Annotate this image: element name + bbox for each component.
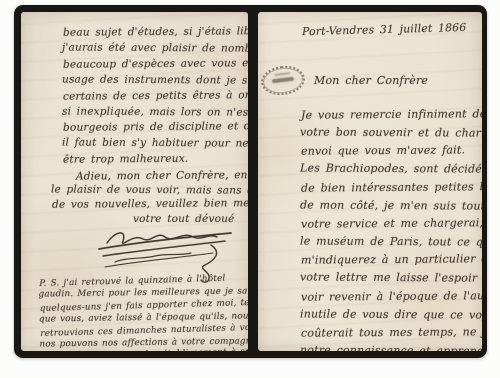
dateline: Port-Vendres 31 juillet 1866 — [302, 21, 467, 38]
handwritten-line: si inexpliquée, mais lors on n'est qu'un — [62, 104, 242, 121]
handwritten-line: être trop malheureux. — [63, 152, 243, 169]
handwritten-line: votre bon souvenir et du charmant — [300, 124, 474, 143]
handwritten-line: Je vous remercie infiniment de — [301, 105, 475, 125]
handwritten-line: Adieu, mon cher Confrère, en attendant — [52, 169, 243, 184]
handwritten-line: le plaisir de vous voir, mais sans de no… — [51, 183, 242, 198]
left-body-paragraph: beau sujet d'études, si j'étais libre, j… — [62, 25, 242, 168]
collection-stamp-icon — [259, 63, 306, 97]
letter-page-right: Port-Vendres 31 juillet 1866 Mon cher Co… — [258, 12, 482, 351]
handwritten-line: beau sujet d'études, si j'étais libre, — [63, 24, 243, 41]
handwritten-line: votre service et me chargerai, soit pour — [301, 214, 475, 234]
scan-backing-frame: beau sujet d'études, si j'étais libre, j… — [14, 5, 487, 358]
handwritten-line: bourgeois pris de discipline et de préca… — [63, 120, 243, 137]
handwritten-line: notre connaissance et apprendre différen… — [300, 341, 474, 351]
stamp-text-smudge — [274, 72, 290, 76]
salutation-line: Mon cher Confrère — [314, 74, 428, 87]
handwritten-line: certains de ces petits êtres à organisat… — [63, 88, 243, 105]
handwritten-line: envoi que vous m'avez fait. — [301, 142, 475, 162]
handwritten-line: Les Brachiopodes, sont décidément — [300, 160, 474, 179]
handwritten-line: de mon côté, je m'en suis tout à — [300, 196, 474, 215]
closing-paragraph: Adieu, mon cher Confrère, en attendant l… — [51, 170, 242, 211]
handwritten-line: coûterait tous mes temps, ne justifiant — [301, 323, 475, 343]
stamp-text-smudge — [272, 77, 294, 83]
scanned-letter-document: { "document": { "type": "handwritten let… — [0, 0, 500, 378]
letter-page-left: beau sujet d'études, si j'étais libre, j… — [21, 12, 248, 351]
handwritten-line: usage des instruments dont je suis privé… — [62, 72, 242, 89]
handwritten-line: de bien intéressantes petites bêtes, — [301, 178, 475, 198]
handwritten-line: il faut bien s'y habituer pour ne pas — [62, 136, 242, 153]
handwritten-line: le muséum de Paris, tout ce que vous — [300, 233, 474, 252]
handwritten-line: j'aurais été avec plaisir de nombreuses, — [62, 40, 242, 57]
handwritten-line: m'indiquerez à un particulier de notre — [301, 251, 475, 271]
handwritten-line: voir revenir à l'époque de l'automne — [301, 287, 475, 307]
handwritten-line: inutile de vous dire que ce voyage — [300, 305, 474, 324]
right-body-paragraph: Je vous remercie infiniment de votre bon… — [300, 106, 474, 351]
handwritten-line: de vos nouvelles, veuillez bien me croir… — [52, 197, 243, 212]
handwritten-line: beaucoup d'espèces avec vous et un — [63, 56, 243, 73]
handwritten-line: votre lettre me laisse l'espoir de vous — [300, 269, 474, 288]
postscript-paragraph: P. S. j'ai retrouvé la quinzaine à l'hôt… — [38, 273, 247, 351]
